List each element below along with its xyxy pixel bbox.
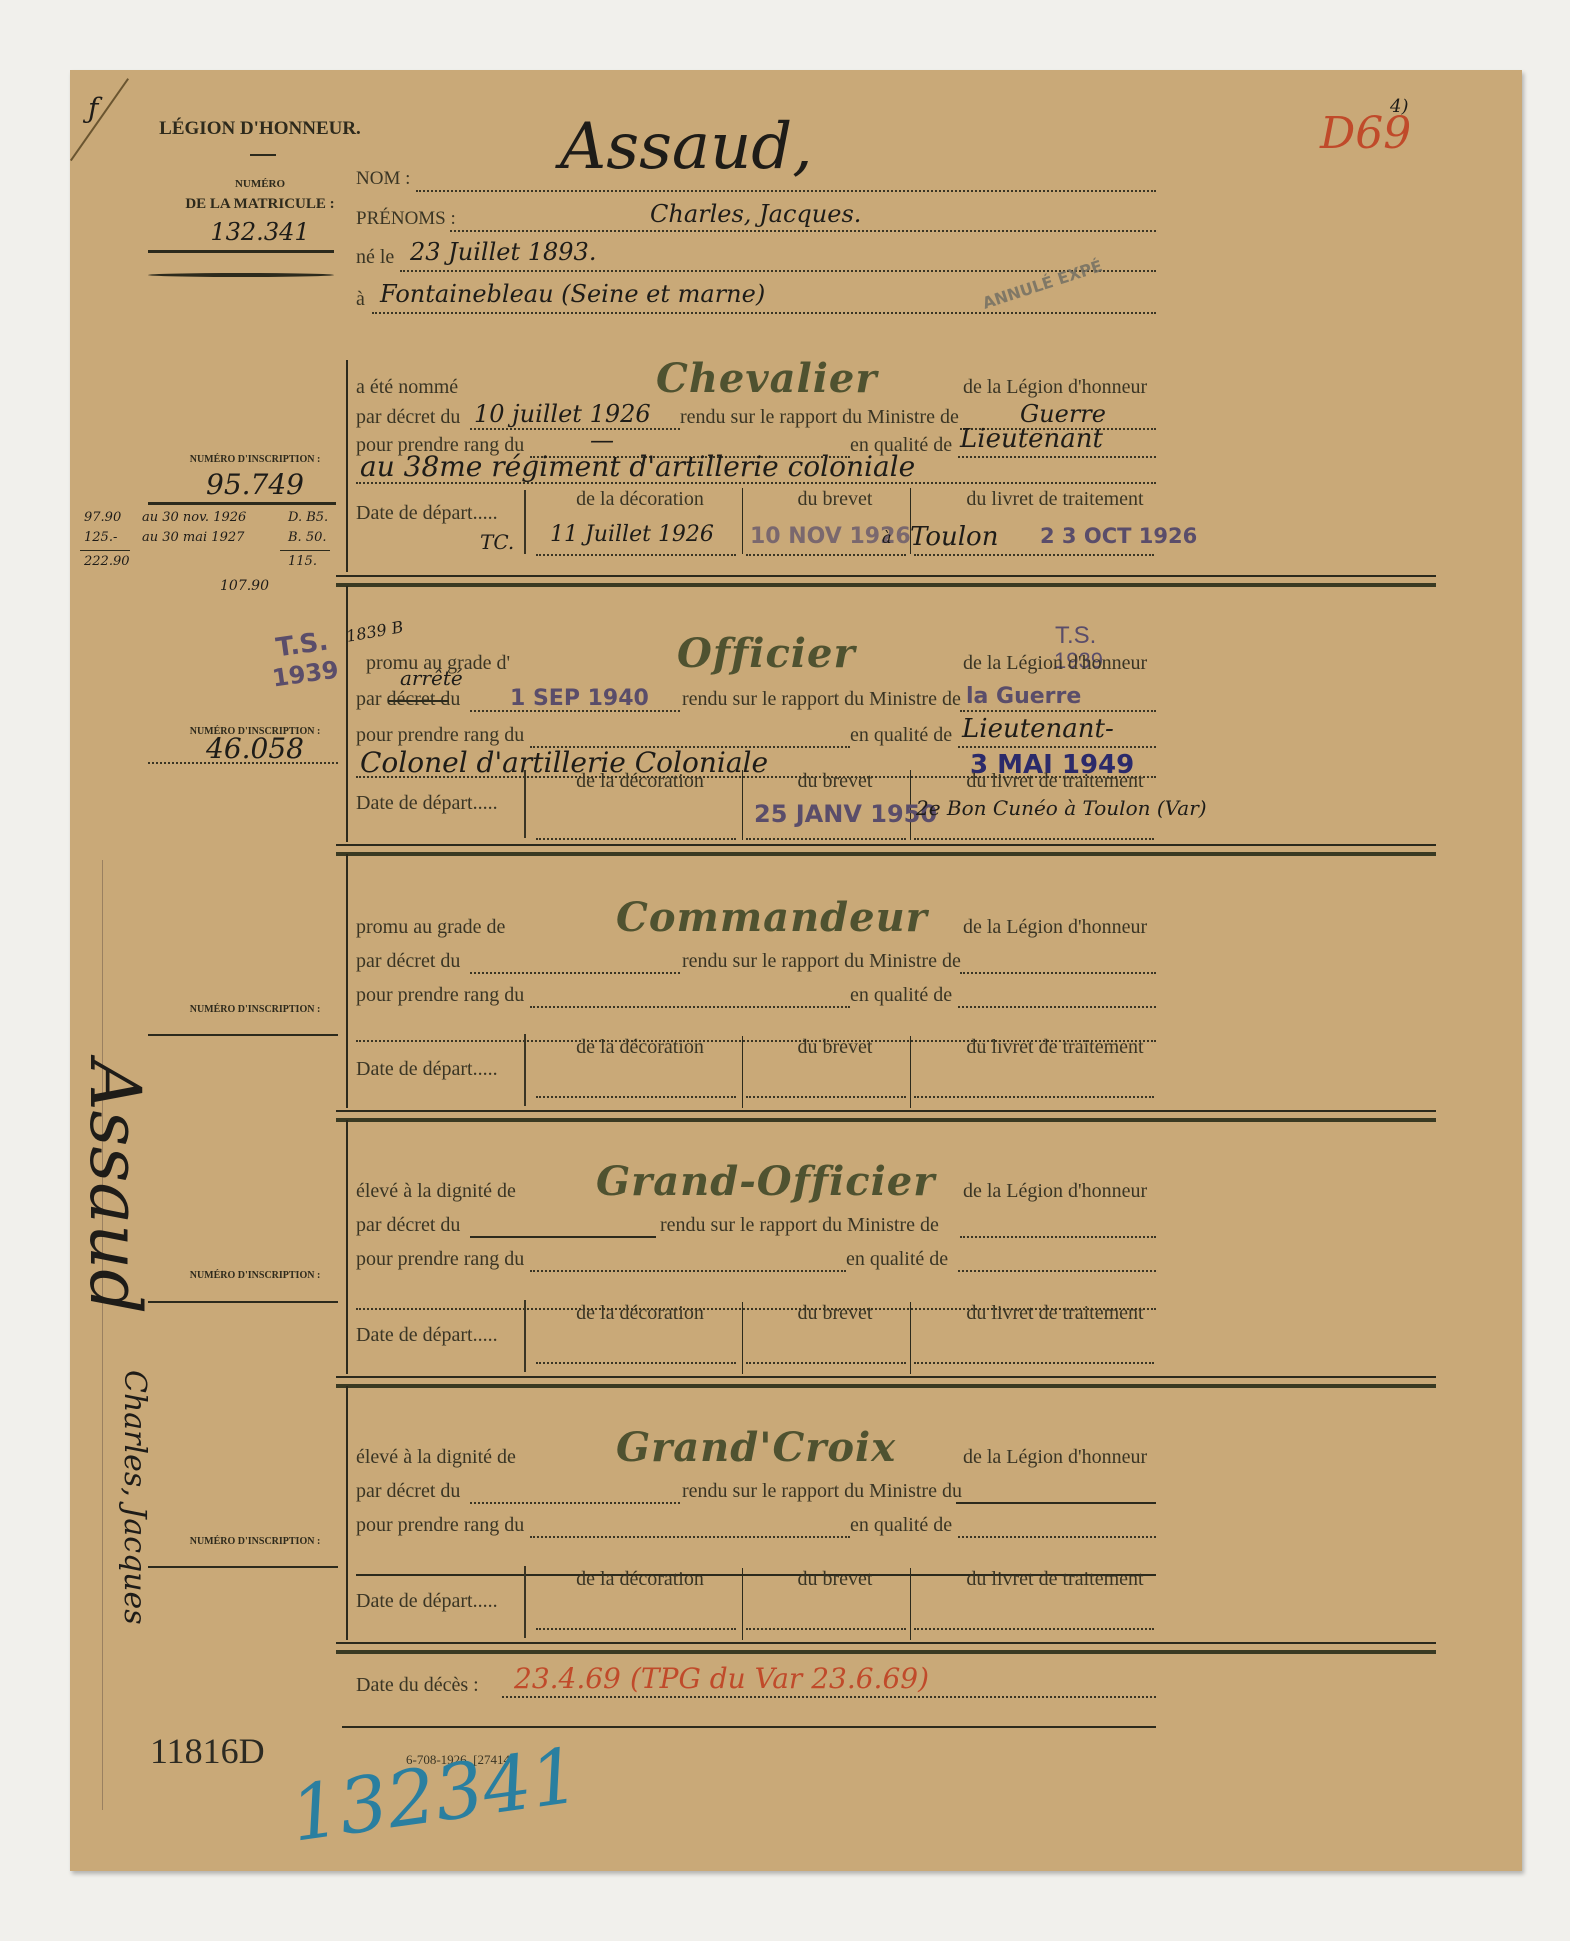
qualite-label: en qualité de <box>850 724 952 747</box>
col-decoration: de la décoration <box>540 770 740 793</box>
qualite-label: en qualité de <box>850 1514 952 1537</box>
grand-croix-suffix: de la Légion d'honneur <box>963 1446 1147 1469</box>
vertical-given-names: Charles, Jacques <box>117 1370 152 1625</box>
legion-title: LÉGION D'HONNEUR. <box>150 118 370 140</box>
col-brevet: du brevet <box>760 1036 910 1059</box>
rapport-label: rendu sur le rapport du Ministre de <box>680 406 959 429</box>
qualite-value: Lieutenant- <box>962 714 1114 744</box>
section-bracket <box>346 854 348 1108</box>
rang-label: pour prendre rang du <box>356 724 524 747</box>
dossier-number: 11816D <box>150 1730 265 1772</box>
ledger-ref: 115. <box>288 554 317 569</box>
commandeur-suffix: de la Légion d'honneur <box>963 916 1147 939</box>
ts-stamp-right: T.S. <box>1055 622 1096 650</box>
section-bracket <box>346 360 348 572</box>
depart-brace <box>524 490 526 554</box>
ornament-rule <box>148 273 334 277</box>
extra-line-value: au 38me régiment d'artillerie coloniale <box>360 450 915 483</box>
brevet-stamp: 25 JANV 1950 <box>754 800 937 828</box>
rapport-label: rendu sur le rapport du Ministre de <box>682 688 961 711</box>
file-ref-suffix: 4) <box>1390 96 1408 117</box>
qualite-value: Lieutenant <box>960 424 1103 454</box>
grand-officier-intro: élevé à la dignité de <box>356 1180 516 1203</box>
decret-label: par décret du <box>356 950 460 973</box>
col-sep <box>742 488 743 554</box>
deces-value: 23.4.69 <box>514 1662 621 1695</box>
deces-note: (TPG du Var 23.6.69) <box>630 1662 929 1695</box>
inscription-value: 46.058 <box>160 732 350 765</box>
matricule-underline <box>148 250 334 253</box>
title-rule <box>250 154 276 156</box>
rank-title-grand-croix: Grand'Croix <box>616 1424 896 1471</box>
col-decoration: de la décoration <box>540 1036 740 1059</box>
col-brevet: du brevet <box>760 770 910 793</box>
ledger-amount: 97.90 <box>84 510 121 525</box>
margin-rule <box>102 860 103 1810</box>
decret-label: par décret du <box>356 406 460 429</box>
qualite-label: en qualité de <box>846 1248 948 1271</box>
ledger-amount: 125.- <box>84 530 117 545</box>
section-bracket <box>346 1120 348 1374</box>
faded-stamp: ANNULÉ EXPÉ <box>980 256 1105 313</box>
col-livret: du livret de traitement <box>950 488 1160 511</box>
rank-title-grand-officier: Grand-Officier <box>596 1158 935 1205</box>
qualite-label: en qualité de <box>850 984 952 1007</box>
livret-value: 2e Bon Cunéo à Toulon (Var) <box>916 796 1207 820</box>
decoration-value: 11 Juillet 1926 <box>550 522 714 547</box>
col-livret: du livret de traitement <box>950 1302 1160 1325</box>
brevet-suffix: à <box>882 528 892 547</box>
rank-title-officier: Officier <box>677 630 856 677</box>
rank-title-commandeur: Commandeur <box>616 894 928 941</box>
ledger-ref: D. B5. <box>288 510 328 525</box>
section-divider <box>336 575 1436 587</box>
inscription-label: NUMÉRO D'INSCRIPTION : <box>160 1536 350 1547</box>
depart-label: Date de départ..... <box>356 792 498 815</box>
matricule-value: 132.341 <box>150 218 370 246</box>
prenoms-line <box>450 230 1156 232</box>
decret-correction: arrêté <box>400 666 463 690</box>
ledger-note: au 30 nov. 1926 <box>142 510 246 525</box>
depart-label: Date de départ..... <box>356 1058 498 1081</box>
decret-value: 10 juillet 1926 <box>474 400 651 428</box>
chevalier-intro: a été nommé <box>356 376 458 399</box>
grand-officier-suffix: de la Légion d'honneur <box>963 1180 1147 1203</box>
depart-label: Date de départ..... <box>356 1324 498 1347</box>
matricule-label-2: DE LA MATRICULE : <box>150 196 370 213</box>
section-divider <box>336 844 1436 856</box>
ledger-total: 107.90 <box>220 578 269 594</box>
section-divider <box>336 1642 1436 1654</box>
livret-value: Toulon <box>910 522 998 552</box>
vertical-surname: Assaud <box>74 1060 156 1314</box>
col-livret: du livret de traitement <box>950 770 1160 793</box>
rank-title-chevalier: Chevalier <box>656 355 877 402</box>
ne-le-value: 23 Juillet 1893. <box>410 238 596 266</box>
matricule-label-1: NUMÉRO <box>150 178 370 190</box>
a-label: à <box>356 288 365 311</box>
col-brevet: du brevet <box>760 1302 910 1325</box>
corner-fold-line <box>70 78 129 161</box>
col-livret: du livret de traitement <box>950 1036 1160 1059</box>
ledger-amount: 222.90 <box>84 554 130 569</box>
grand-croix-intro: élevé à la dignité de <box>356 1446 516 1469</box>
prenoms-label: PRÉNOMS : <box>356 208 456 230</box>
blue-pencil-number: 132341 <box>285 1730 585 1859</box>
rapport-label: rendu sur le rapport du Ministre du <box>682 1480 962 1503</box>
col-decoration: de la décoration <box>540 488 740 511</box>
chevalier-suffix: de la Légion d'honneur <box>963 376 1147 399</box>
inscription-label: NUMÉRO D'INSCRIPTION : <box>160 454 350 465</box>
nom-label: NOM : <box>356 168 410 190</box>
nom-value: Assaud, <box>560 110 813 184</box>
section-bracket <box>346 586 348 842</box>
inscription-rule <box>148 502 336 505</box>
ledger-note: au 30 mai 1927 <box>142 530 244 545</box>
decret-stamp: 1 SEP 1940 <box>510 686 649 711</box>
prenoms-value: Charles, Jacques. <box>650 200 861 228</box>
ts-stamp-left-note: 1839 B <box>345 617 405 646</box>
col-decoration: de la décoration <box>540 1302 740 1325</box>
rapport-label: rendu sur le rapport du Ministre de <box>660 1214 939 1237</box>
inscription-label: NUMÉRO D'INSCRIPTION : <box>160 1004 350 1015</box>
nom-line <box>416 190 1156 192</box>
section-divider <box>336 1376 1436 1388</box>
depart-note: TC. <box>480 530 514 554</box>
decret-strike <box>388 700 448 702</box>
inscription-value: 95.749 <box>160 468 350 501</box>
rapport-stamp: la Guerre <box>966 684 1081 709</box>
decret-label: par décret du <box>356 1214 460 1237</box>
ne-le-label: né le <box>356 246 394 269</box>
commandeur-intro: promu au grade de <box>356 916 505 939</box>
col-decoration: de la décoration <box>540 1568 740 1591</box>
rang-label: pour prendre rang du <box>356 1248 524 1271</box>
depart-label: Date de départ..... <box>356 1590 498 1613</box>
col-brevet: du brevet <box>760 1568 910 1591</box>
decret-line <box>470 428 680 430</box>
livret-stamp: 2 3 OCT 1926 <box>1040 524 1197 548</box>
depart-label: Date de départ..... <box>356 502 498 525</box>
deces-label: Date du décès : <box>356 1674 479 1697</box>
ledger-ref: B. 50. <box>288 530 327 545</box>
section-bracket <box>346 1386 348 1640</box>
inscription-label: NUMÉRO D'INSCRIPTION : <box>160 1270 350 1281</box>
a-line <box>372 312 1156 314</box>
col-brevet: du brevet <box>760 488 910 511</box>
decret-label: par décret du <box>356 1480 460 1503</box>
document-sheet: ƒ LÉGION D'HONNEUR. NUMÉRO DE LA MATRICU… <box>70 70 1522 1871</box>
rang-label: pour prendre rang du <box>356 984 524 1007</box>
rang-label: pour prendre rang du <box>356 1514 524 1537</box>
a-value: Fontainebleau (Seine et marne) <box>380 280 765 308</box>
section-divider <box>336 1110 1436 1122</box>
ne-le-line <box>400 270 1156 272</box>
officier-suffix: de la Légion d'honneur <box>963 652 1147 675</box>
rapport-label: rendu sur le rapport du Ministre de <box>682 950 961 973</box>
col-livret: du livret de traitement <box>950 1568 1160 1591</box>
qualite-line <box>958 456 1156 458</box>
